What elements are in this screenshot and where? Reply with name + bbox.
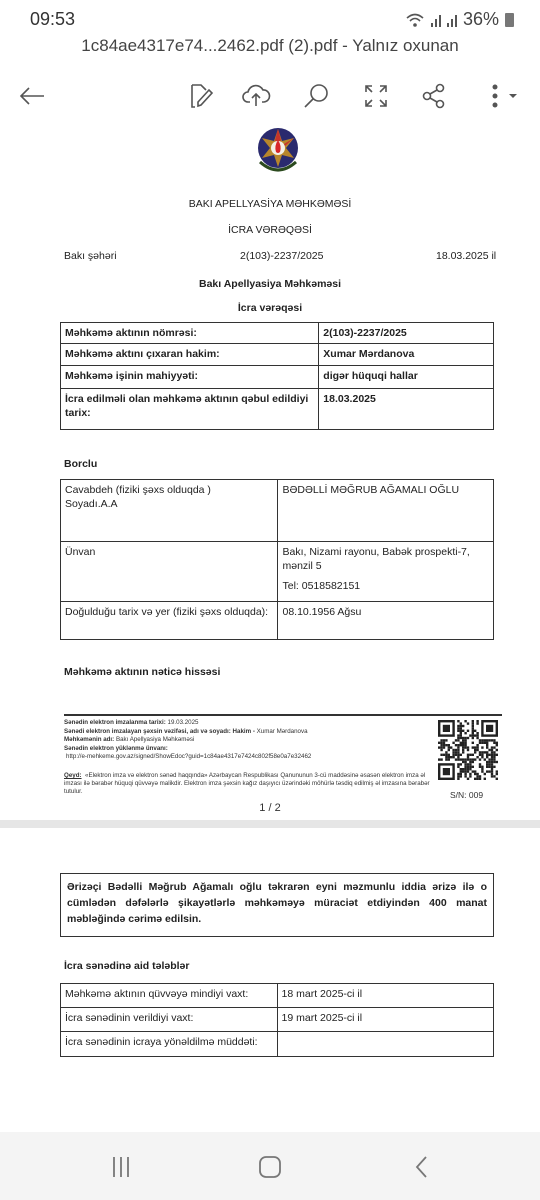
table-row: Məhkəmə aktını çıxaran hakim: Xumar Mərd… [61,344,494,366]
back-nav-button[interactable] [402,1152,442,1182]
document-title: 1c84ae4317e74...2462.pdf (2).pdf - Yalnı… [0,36,540,56]
qr-code-icon [438,720,498,780]
wifi-icon [405,12,425,28]
table-value: digər hüquqi hallar [319,366,494,389]
pdf-page-1: BAKI APELLYASİYA MƏHKƏMƏSİ İCRA VƏRƏQƏSİ… [0,126,540,820]
requirements-table: Məhkəmə aktının qüvvəyə mindiyi vaxt: 18… [60,983,494,1057]
signal-icon [447,13,457,27]
table-label: İcra sənədinin icraya yönəldilmə müddəti… [61,1032,278,1057]
court-header: BAKI APELLYASİYA MƏHKƏMƏSİ [0,198,540,210]
table-row: Cavabdeh (fiziki şəxs olduqda )Soyadı.A.… [61,480,494,542]
divider [64,714,502,716]
table-value: 18.03.2025 [319,389,494,430]
upload-button[interactable] [238,78,274,114]
court-name: Bakı Apellyasiya Məhkəməsi [116,736,194,743]
battery-percent: 36% [463,9,499,30]
serial-number: S/N: 009 [450,790,483,800]
cloud-upload-icon [241,82,271,110]
table-label: İcra sənədinin verildiyi vaxt: [61,1008,278,1032]
table-row: Məhkəmə aktının nömrəsi: 2(103)-2237/202… [61,323,494,344]
page-number: 1 / 2 [0,802,540,814]
table-row: İcra sənədinin verildiyi vaxt: 19 mart 2… [61,1008,494,1032]
home-icon [257,1154,283,1180]
document-url[interactable]: http://e-mehkeme.gov.az/signed/ShowEdoc?… [64,753,424,762]
note-text: «Elektron imza və elektron sənəd haqqınd… [64,772,430,795]
page-separator [0,820,540,828]
table-row: Məhkəmə işinin mahiyyəti: digər hüquqi h… [61,366,494,389]
case-number: 2(103)-2237/2025 [240,250,323,262]
toolbar [0,76,540,116]
navigation-bar [0,1132,540,1200]
table-row: Doğulduğu tarix və yer (fiziki şəxs oldu… [61,602,494,640]
recent-apps-icon [109,1155,133,1179]
search-icon [302,82,330,110]
azerbaijan-emblem-icon [250,126,306,178]
table-value: Bakı, Nizami rayonu, Babək prospekti-7, … [282,545,489,573]
table-label: Məhkəmə aktının qüvvəyə mindiyi vaxt: [61,984,278,1008]
sign-date-label: Sənədin elektron imzalanma tarixi: [64,719,166,726]
table-value [277,1032,493,1057]
back-arrow-icon [17,84,47,108]
status-bar: 09:53 36% [0,0,540,34]
table-label: İcra edilməli olan məhkəmə aktının qəbul… [61,389,319,430]
document-header: İCRA VƏRƏQƏSİ [0,224,540,236]
table-value: 2(103)-2237/2025 [319,323,494,344]
result-heading: Məhkəmə aktının nəticə hissəsi [64,666,220,678]
court-title: Bakı Apellyasiya Məhkəməsi [0,278,540,290]
table-value: 19 mart 2025-ci il [277,1008,493,1032]
table-label: Məhkəmə işinin mahiyyəti: [61,366,319,389]
search-button[interactable] [298,78,334,114]
status-time: 09:53 [30,9,75,30]
more-options-button[interactable] [480,78,526,114]
table-label: Soyadı.A.A [65,497,273,511]
signer-name: Xumar Mərdanova [257,728,308,735]
back-icon [410,1154,434,1180]
signer-label: Sənədi elektron imzalayan şəxsin vəzifəs… [64,728,231,735]
table-value: BƏDƏLLİ MƏĞRUB AĞAMALI OĞLU [278,480,494,542]
table-value: Tel: 0518582151 [282,579,489,593]
table-value: 18 mart 2025-ci il [277,984,493,1008]
document-title-body: İcra vərəqəsi [0,302,540,314]
battery-icon [505,13,514,27]
edit-document-icon [186,82,214,110]
recent-apps-button[interactable] [101,1152,141,1182]
fullscreen-icon [363,83,389,109]
status-icons: 36% [405,9,514,30]
more-options-icon [483,82,523,110]
table-value: Xumar Mərdanova [319,344,494,366]
table-row: Məhkəmə aktının qüvvəyə mindiyi vaxt: 18… [61,984,494,1008]
table-label: Ünvan [61,542,278,602]
share-icon [420,82,448,110]
back-button[interactable] [14,78,50,114]
verdict-box: Ərizəçi Bədəlli Məğrub Ağamalı oğlu təkr… [60,873,494,937]
table-label: Cavabdeh (fiziki şəxs olduqda ) [65,483,273,497]
table-row: İcra edilməli olan məhkəmə aktının qəbul… [61,389,494,430]
fullscreen-button[interactable] [358,78,394,114]
signal-icon [431,13,441,27]
edit-button[interactable] [182,78,218,114]
table-row: Ünvan Bakı, Nizami rayonu, Babək prospek… [61,542,494,602]
debtor-table: Cavabdeh (fiziki şəxs olduqda )Soyadı.A.… [60,479,494,640]
city: Bakı şəhəri [64,250,117,262]
document-date: 18.03.2025 il [436,250,496,262]
table-value: 08.10.1956 Ağsu [278,602,494,640]
pdf-page-2: Ərizəçi Bədəlli Məğrub Ağamalı oğlu təkr… [0,828,540,1104]
court-act-table: Məhkəmə aktının nömrəsi: 2(103)-2237/202… [60,322,494,430]
signature-note: Qeyd: «Elektron imza və elektron sənəd h… [64,772,444,795]
note-label: Qeyd: [64,772,82,779]
table-row: İcra sənədinin icraya yönəldilmə müddəti… [61,1032,494,1057]
signature-block: Sənədin elektron imzalanma tarixi: 19.03… [64,719,424,762]
share-button[interactable] [416,78,452,114]
debtor-heading: Borclu [64,458,97,470]
home-button[interactable] [250,1152,290,1182]
sign-date: 19.03.2025 [168,719,199,726]
table-label: Doğulduğu tarix və yer (fiziki şəxs oldu… [61,602,278,640]
table-label: Məhkəmə aktının nömrəsi: [61,323,319,344]
url-label: Sənədin elektron yüklənmə ünvanı: [64,745,168,752]
court-name-label: Məhkəmənin adı: [64,736,114,743]
table-label: Məhkəmə aktını çıxaran hakim: [61,344,319,366]
signer-role: Hakim - [233,728,255,735]
requirements-heading: İcra sənədinə aid tələblər [64,960,189,972]
